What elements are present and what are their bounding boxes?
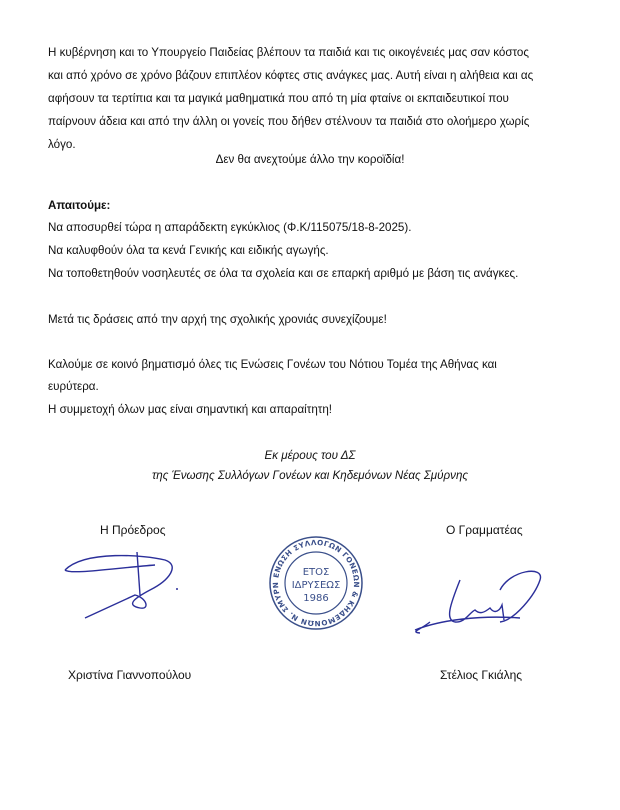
continue-text: Μετά τις δράσεις από την αρχή της σχολικ… [48,313,387,326]
intro-line: και από χρόνο σε χρόνο βάζουν επιπλέον κ… [48,69,533,82]
president-role: Η Πρόεδρος [100,523,165,537]
participation-text: Η συμμετοχή όλων μας είναι σημαντική και… [48,403,332,416]
secretary-role: Ο Γραμματέας [446,523,523,537]
stamp-year: 1986 [303,593,328,604]
intro-line: λόγο. [48,138,76,151]
demand-item: Να αποσυρθεί τώρα η απαράδεκτη εγκύκλιος… [48,221,411,234]
secretary-name: Στέλιος Γκιάλης [440,668,522,682]
intro-line: αφήσουν τα τερτίπια και τα μαγικά μαθημα… [48,92,509,105]
demand-item: Να καλυφθούν όλα τα κενά Γενικής και ειδ… [48,244,329,257]
slogan: Δεν θα ανεχτούμε άλλο την κοροϊδία! [0,153,620,166]
secretary-signature [400,560,550,635]
signoff-line-1: Εκ μέρους του ΔΣ [0,449,620,462]
intro-line: παίρνουν άδεια και από την άλλη οι γονεί… [48,115,529,128]
call-line: Καλούμε σε κοινό βηματισμό όλες τις Ενώσ… [48,358,497,371]
demand-item: Να τοποθετηθούν νοσηλευτές σε όλα τα σχο… [48,267,518,280]
stamp-line-2: ΙΔΡΥΣΕΩΣ [292,580,341,591]
president-name: Χριστίνα Γιαννοπούλου [68,668,191,682]
call-line: ευρύτερα. [48,380,99,393]
president-signature [55,540,195,620]
signoff-line-2: της Ένωσης Συλλόγων Γονέων και Κηδεμόνων… [0,469,620,482]
organization-stamp: ΕΝΩΣΗ ΣΥΛΛΟΓΩΝ ΓΟΝΕΩΝ & ΚΗΔΕΜΟΝΩΝ Ν. ΣΜΥ… [268,535,364,631]
demands-heading: Απαιτούμε: [48,199,110,212]
intro-line: Η κυβέρνηση και το Υπουργείο Παιδείας βλ… [48,46,529,59]
stamp-line-1: ΕΤΟΣ [303,567,330,578]
